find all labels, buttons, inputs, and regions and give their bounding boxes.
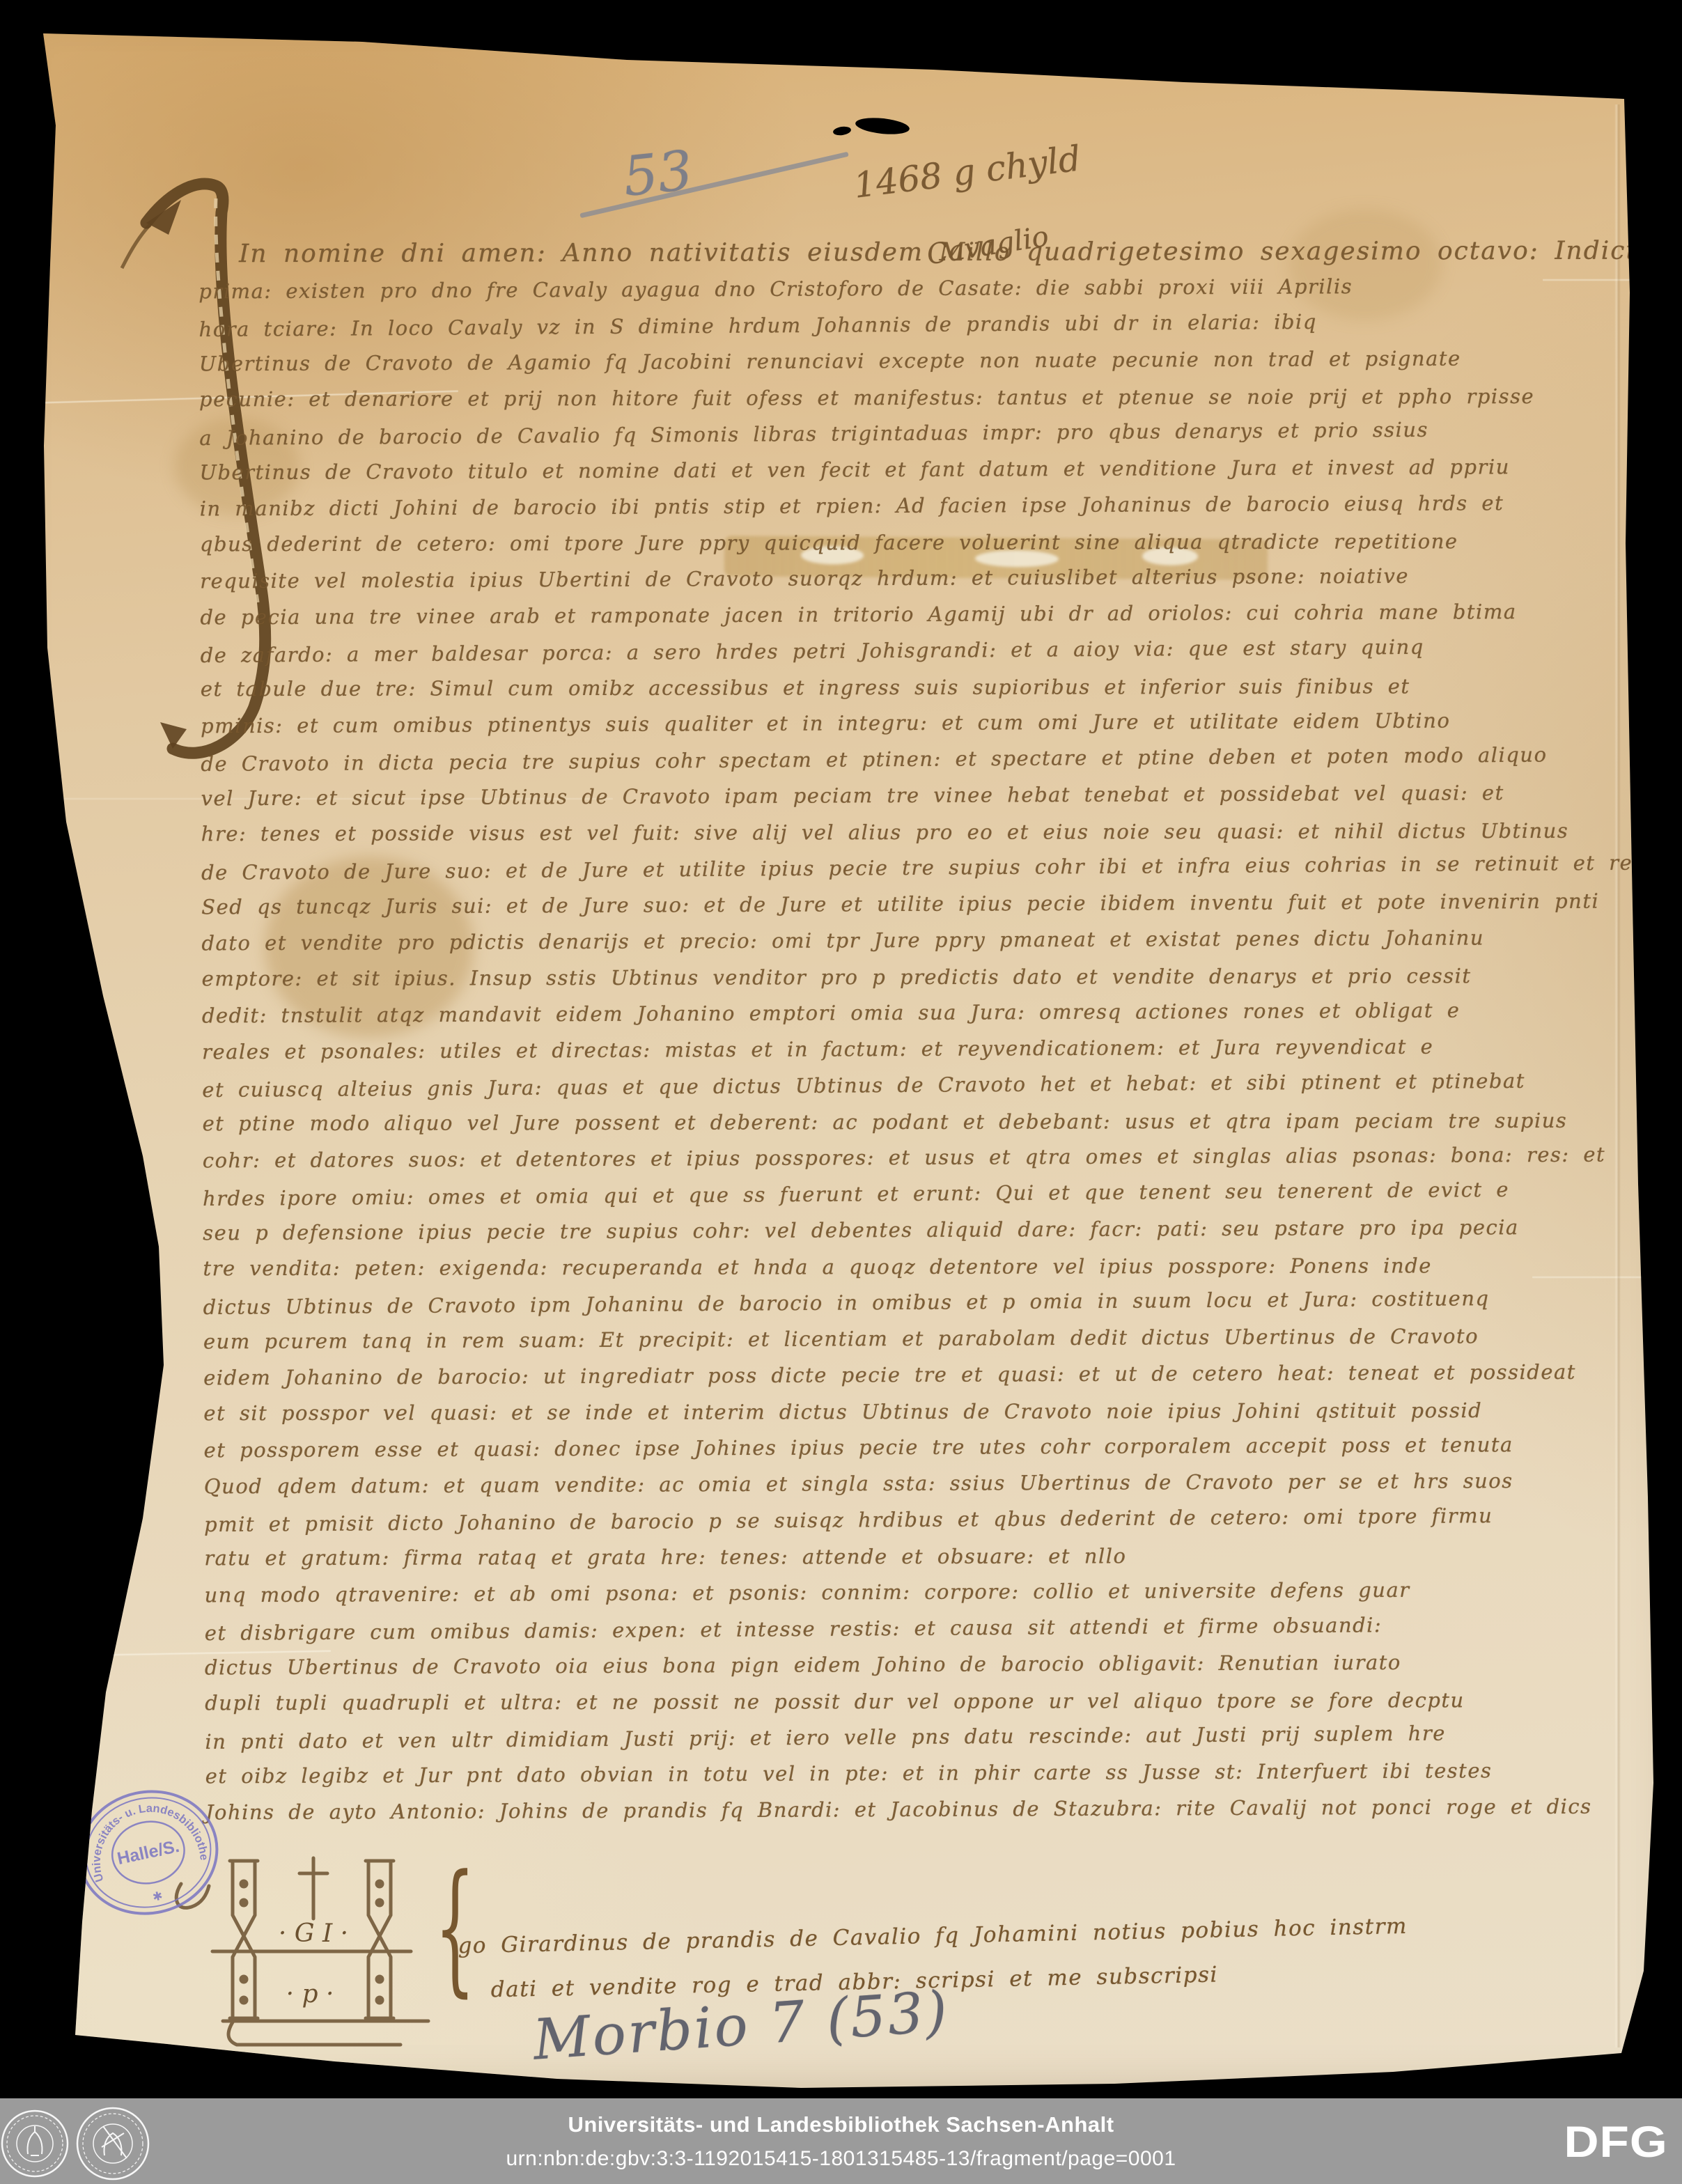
parchment-document: 53 1468 g chyld Cavaglio In nomine dni a…	[0, 0, 1682, 2096]
manuscript-text-block: In nomine dni amen: Anno nativitatis eiu…	[198, 231, 1605, 1831]
manuscript-line: et sit posspor vel quasi: et se inde et …	[203, 1392, 1603, 1432]
manuscript-line: Sed qs tuncqz Juris sui: et de Jure suo:…	[201, 883, 1601, 926]
manuscript-line: dictus Ubertinus de Cravoto oia eius bon…	[205, 1644, 1605, 1686]
manuscript-line: In nomine dni amen: Anno nativitatis eiu…	[198, 233, 1598, 273]
notary-letters-bottom: · p ·	[286, 1980, 334, 2008]
manuscript-line: in manibz dicti Johini de barocio ibi pn…	[200, 485, 1600, 527]
parchment-hole	[855, 116, 910, 136]
manuscript-line: et possporem esse et quasi: donec ipse J…	[204, 1426, 1604, 1469]
manuscript-line: dedit: tnstulit atqz mandavit eidem Joha…	[202, 992, 1602, 1034]
footer-bar: Universitäts- und Landesbibliothek Sachs…	[0, 2098, 1682, 2184]
manuscript-line: eidem Johanino de barocio: ut ingrediatr…	[203, 1354, 1603, 1396]
date-note: 1468 g chyld	[852, 138, 1083, 205]
stamp-center-text: Halle/S.	[116, 1836, 181, 1869]
scan-viewer: 53 1468 g chyld Cavaglio In nomine dni a…	[0, 0, 1682, 2184]
strikethrough-mark	[579, 152, 848, 219]
parchment-hole	[832, 125, 851, 136]
notary-letters-top: · G I ·	[279, 1919, 348, 1948]
manuscript-line: seu p defensione ipius pecie tre supius …	[203, 1209, 1603, 1251]
stamp-star: ✱	[151, 1889, 164, 1905]
manuscript-line: requisite vel molestia ipius Ubertini de…	[200, 557, 1600, 600]
manuscript-line: vel Jure: et sicut ipse Ubtinus de Cravo…	[201, 774, 1601, 817]
manuscript-line: emptore: et sit ipius. Insup sstis Ubtin…	[202, 958, 1602, 997]
manuscript-line: dato et vendite pro pdictis denarijs et …	[201, 919, 1601, 962]
dfg-logo: DFG	[1564, 2116, 1667, 2166]
footer-library-name: Universitäts- und Landesbibliothek Sachs…	[0, 2112, 1682, 2137]
manuscript-line: et tabule due tre: Simul cum omibz acces…	[201, 668, 1601, 708]
manuscript-line: Ubertinus de Cravoto de Agamio fq Jacobi…	[199, 340, 1599, 382]
manuscript-line: Johins de ayto Antonio: Johins de prandi…	[205, 1788, 1605, 1831]
manuscript-line: et oibz legibz et Jur pnt dato obvian in…	[205, 1752, 1605, 1795]
manuscript-line: ratu et gratum: firma rataq et grata hre…	[204, 1537, 1604, 1577]
manuscript-line: qbus dederint de cetero: omi tpore Jure …	[200, 523, 1600, 563]
fold-line	[1614, 104, 1621, 2047]
manuscript-line: eum pcurem tanq in rem suam: Et precipit…	[203, 1318, 1603, 1360]
manuscript-line: et ptine modo aliquo vel Jure possent et…	[203, 1102, 1603, 1142]
footer-urn: urn:nbn:de:gbv:3:3-1192015415-1801315485…	[0, 2147, 1682, 2171]
manuscript-line: Ubertinus de Cravoto titulo et nomine da…	[199, 448, 1599, 491]
footer-text-block: Universitäts- und Landesbibliothek Sachs…	[0, 2112, 1682, 2171]
